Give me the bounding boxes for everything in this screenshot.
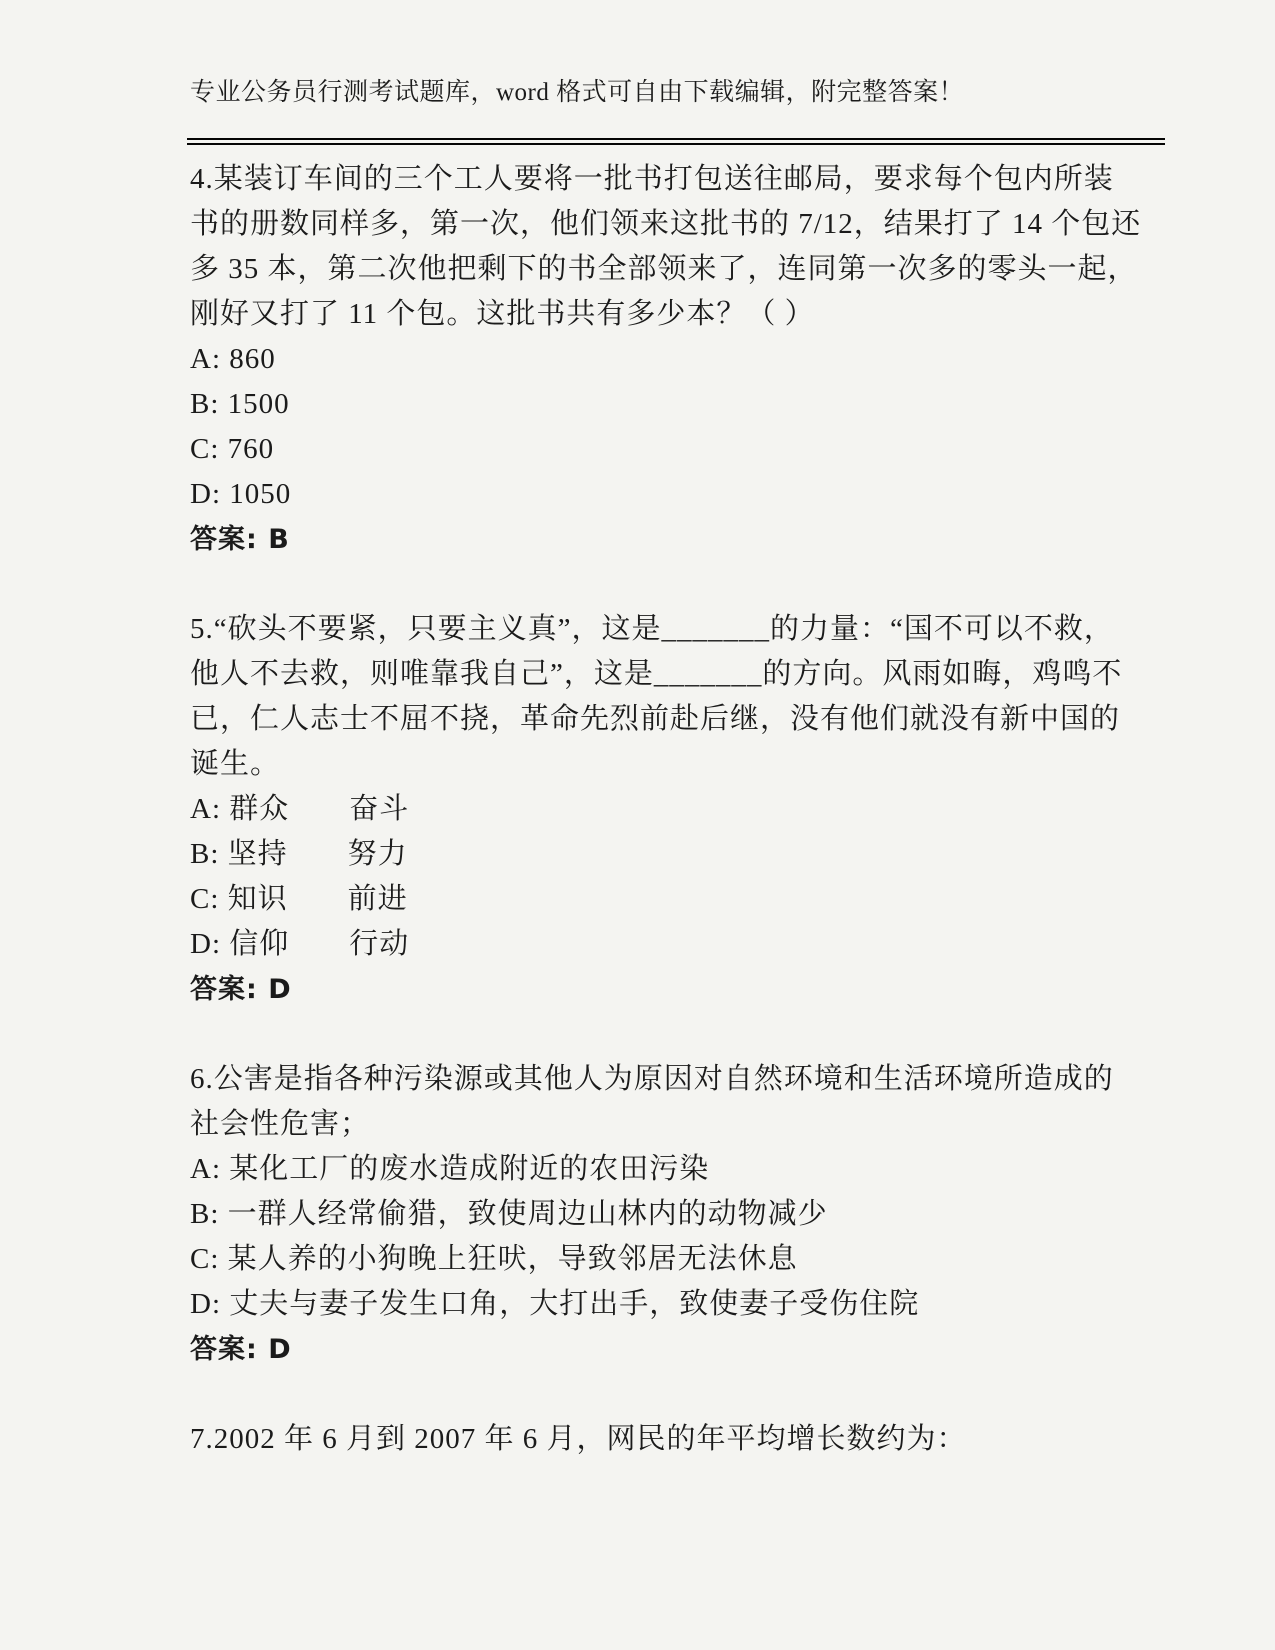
question-5-option-b: B: 坚持 努力 — [190, 832, 1142, 877]
question-5-option-a: A: 群众 奋斗 — [190, 787, 1142, 832]
question-5-option-d: D: 信仰 行动 — [190, 922, 1142, 967]
question-6-option-d: D: 丈夫与妻子发生口角，大打出手，致使妻子受伤住院 — [190, 1282, 1142, 1327]
header-disclaimer: 专业公务员行测考试题库，word 格式可自由下载编辑，附完整答案！ — [190, 78, 1140, 108]
question-6-option-c: C: 某人养的小狗晚上狂吠，导致邻居无法休息 — [190, 1237, 1142, 1282]
question-6-answer: 答案: D — [190, 1327, 1142, 1372]
question-5-option-c: C: 知识 前进 — [190, 877, 1142, 922]
question-6-option-a: A: 某化工厂的废水造成附近的农田污染 — [190, 1147, 1142, 1192]
question-4-option-d: D: 1050 — [190, 472, 1142, 517]
document-page: 专业公务员行测考试题库，word 格式可自由下载编辑，附完整答案！ 4.某装订车… — [0, 0, 1275, 1650]
question-4-option-b: B: 1500 — [190, 382, 1142, 427]
question-block-7: 7.2002 年 6 月到 2007 年 6 月，网民的年平均增长数约为： — [190, 1417, 1142, 1462]
question-5-stem: 5.“砍头不要紧，只要主义真”，这是_______的力量：“国不可以不救，他人不… — [190, 607, 1142, 787]
question-5-answer: 答案: D — [190, 967, 1142, 1012]
question-4-stem: 4.某装订车间的三个工人要将一批书打包送往邮局，要求每个包内所装书的册数同样多，… — [190, 157, 1142, 337]
question-block-4: 4.某装订车间的三个工人要将一批书打包送往邮局，要求每个包内所装书的册数同样多，… — [190, 157, 1142, 562]
question-4-option-c: C: 760 — [190, 427, 1142, 472]
question-6-stem: 6.公害是指各种污染源或其他人为原因对自然环境和生活环境所造成的社会性危害； — [190, 1057, 1142, 1147]
question-block-5: 5.“砍头不要紧，只要主义真”，这是_______的力量：“国不可以不救，他人不… — [190, 607, 1142, 1012]
question-4-answer: 答案: B — [190, 517, 1142, 562]
question-4-option-a: A: 860 — [190, 337, 1142, 382]
questions-area: 4.某装订车间的三个工人要将一批书打包送往邮局，要求每个包内所装书的册数同样多，… — [190, 157, 1142, 1462]
question-6-option-b: B: 一群人经常偷猎，致使周边山林内的动物减少 — [190, 1192, 1142, 1237]
header-double-rule — [187, 138, 1165, 145]
question-7-stem: 7.2002 年 6 月到 2007 年 6 月，网民的年平均增长数约为： — [190, 1417, 1142, 1462]
question-block-6: 6.公害是指各种污染源或其他人为原因对自然环境和生活环境所造成的社会性危害； A… — [190, 1057, 1142, 1372]
